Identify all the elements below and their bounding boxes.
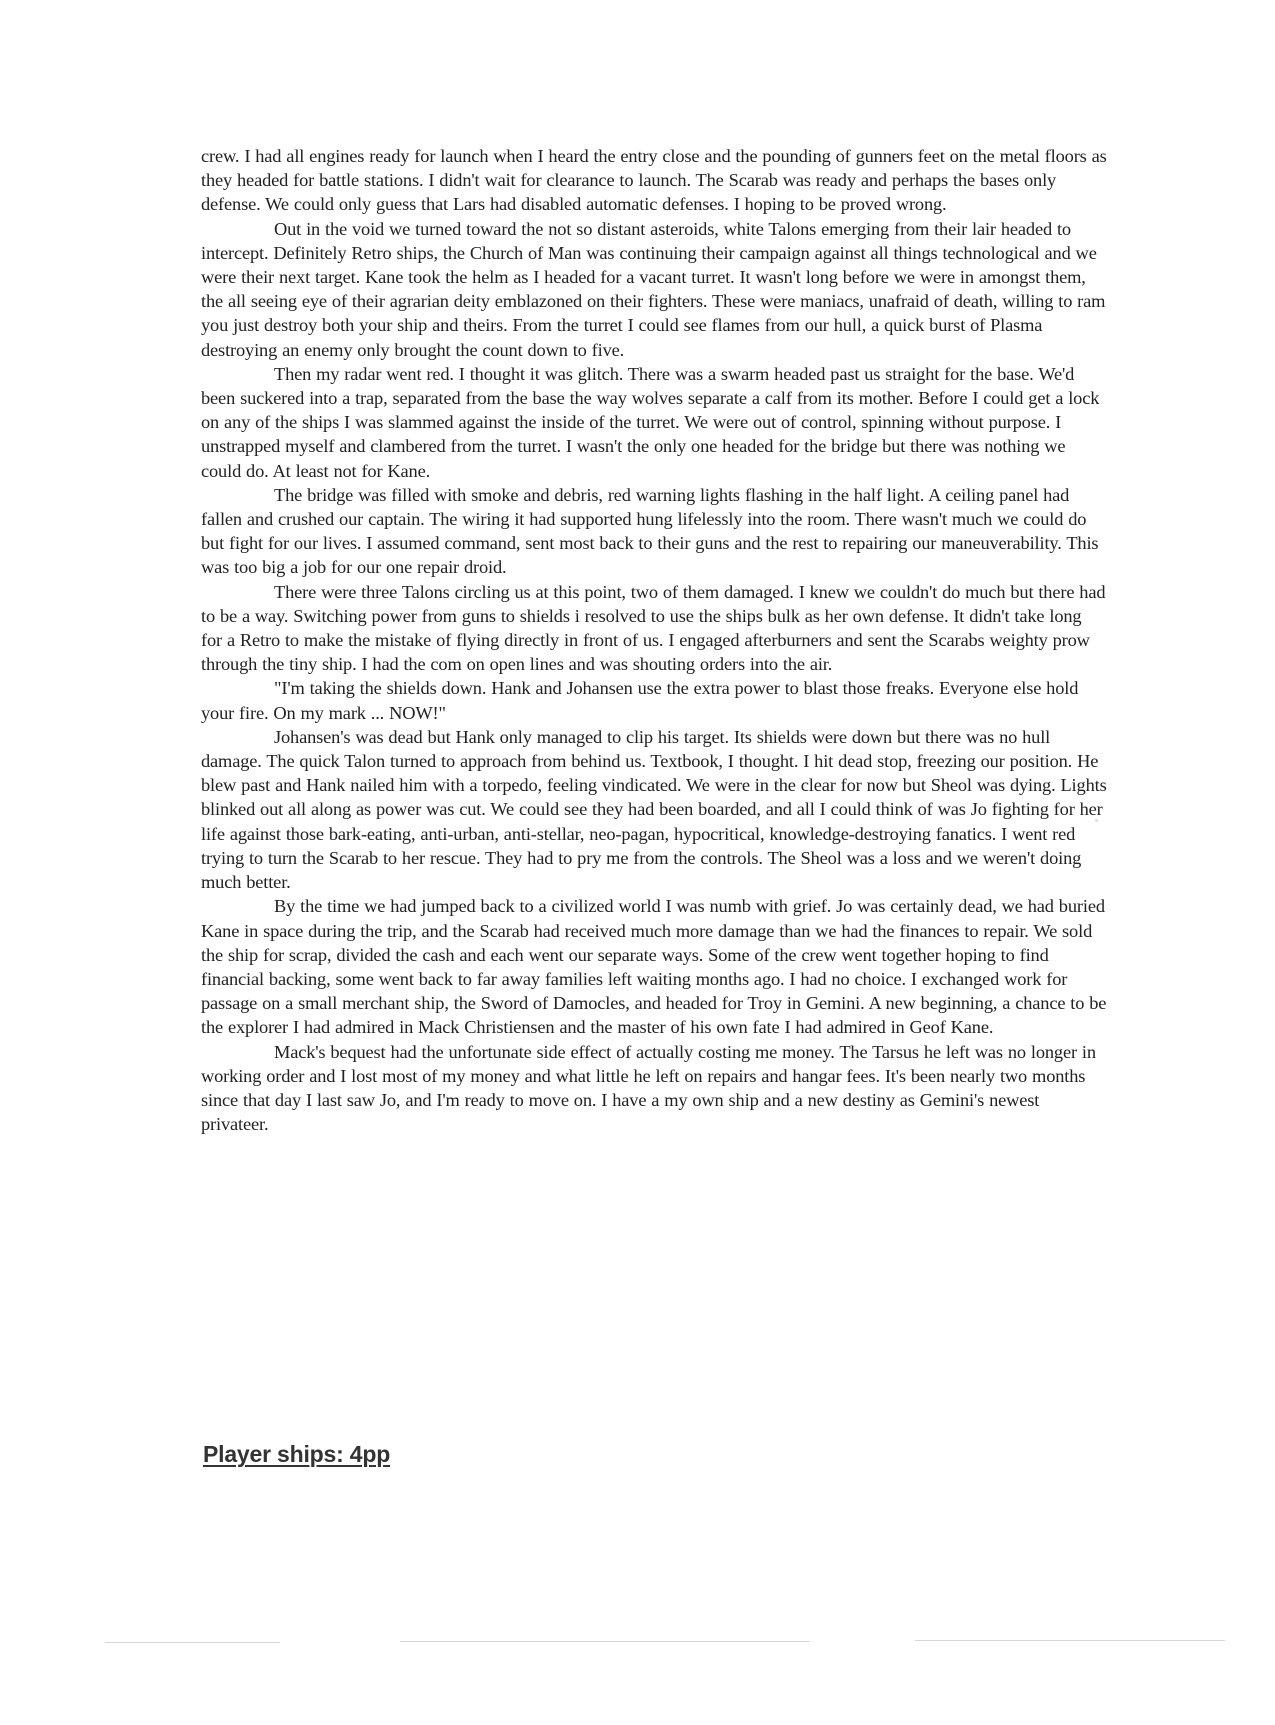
paragraph-sheol-dying: Johansen's was dead but Hank only manage… bbox=[201, 725, 1107, 894]
section-heading-player-ships: Player ships: 4pp bbox=[203, 1441, 390, 1468]
scan-edge-line bbox=[105, 1642, 280, 1643]
story-body: crew. I had all engines ready for launch… bbox=[201, 144, 1107, 1136]
scanned-page: crew. I had all engines ready for launch… bbox=[0, 0, 1275, 1725]
scan-edge-line bbox=[400, 1641, 810, 1642]
paragraph-shields-down-quote: "I'm taking the shields down. Hank and J… bbox=[201, 676, 1107, 724]
paragraph-macks-bequest: Mack's bequest had the unfortunate side … bbox=[201, 1040, 1107, 1137]
scan-edge-line bbox=[915, 1640, 1225, 1641]
paragraph-radar-red: Then my radar went red. I thought it was… bbox=[201, 362, 1107, 483]
paragraph-civilized-world: By the time we had jumped back to a civi… bbox=[201, 894, 1107, 1039]
paragraph-bridge-smoke: The bridge was filled with smoke and deb… bbox=[201, 483, 1107, 580]
paragraph-crew-launch: crew. I had all engines ready for launch… bbox=[201, 144, 1107, 217]
paragraph-void-talons: Out in the void we turned toward the not… bbox=[201, 217, 1107, 362]
paragraph-three-talons: There were three Talons circling us at t… bbox=[201, 580, 1107, 677]
scan-speck bbox=[1095, 819, 1098, 822]
